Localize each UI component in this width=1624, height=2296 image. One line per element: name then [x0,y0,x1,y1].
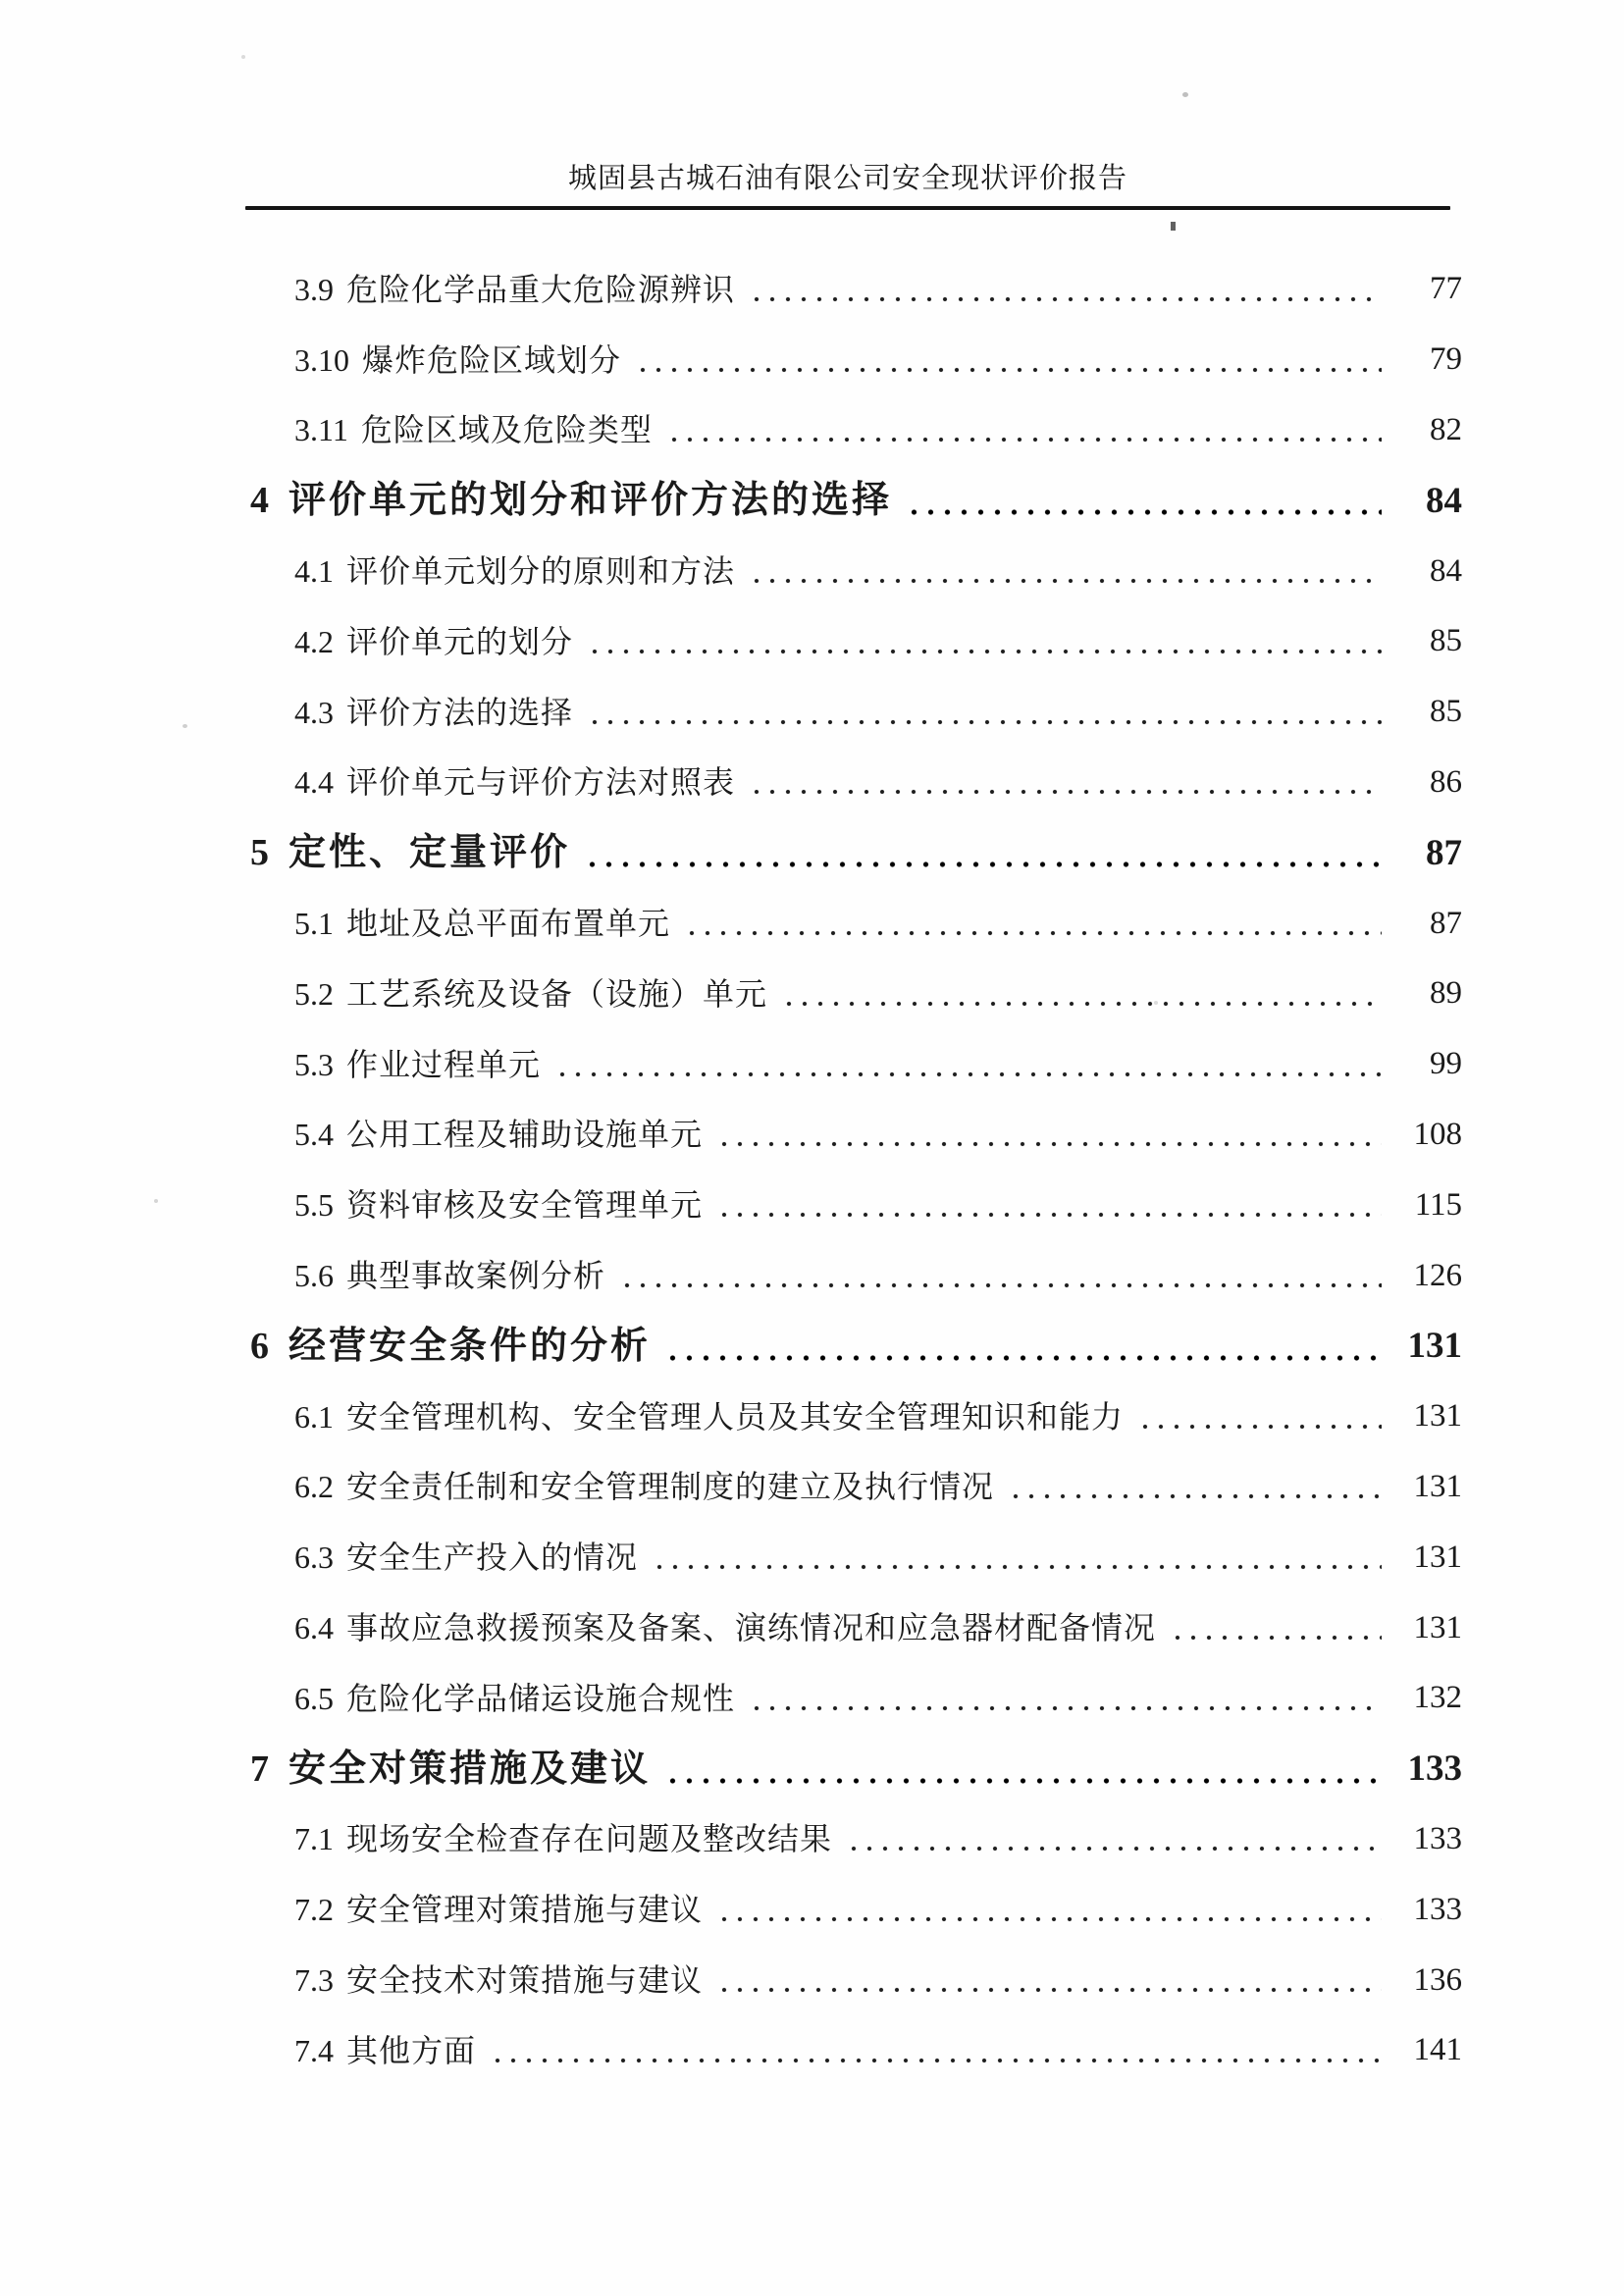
toc-entry-title: 公用工程及辅助设施单元 [346,1119,703,1150]
toc-entry-title: 危险区域及危险类型 [361,414,653,445]
scan-speck [154,1199,158,1203]
toc-entry-number: 4.3 [294,697,334,728]
toc-entry-page: 131 [1391,1400,1462,1433]
toc-entry-page: 131 [1391,1541,1462,1574]
dot-leader [1137,1422,1382,1432]
toc-entry: 7.4 其他方面 141 [0,2015,1624,2086]
toc-entry: 5 定性、定量评价 87 [0,817,1624,888]
toc-entry-page: 86 [1391,766,1462,799]
toc-entry-page: 82 [1391,414,1462,446]
dot-leader [587,717,1382,727]
toc-entry: 5.4 公用工程及辅助设施单元 108 [0,1100,1624,1171]
toc-entry-number: 5.3 [294,1049,334,1080]
toc-entry-title: 经营安全条件的分析 [288,1328,651,1365]
toc-entry-title: 安全管理机构、安全管理人员及其安全管理知识和能力 [346,1401,1124,1433]
toc-entry-title: 评价单元的划分 [346,626,573,657]
toc-entry-page: 132 [1391,1682,1462,1714]
toc-entry-title: 安全技术对策措施与建议 [346,1964,703,1996]
toc-entry-page: 84 [1391,483,1462,519]
toc-entry: 5.5 资料审核及安全管理单元 115 [0,1170,1624,1240]
dot-leader [664,1353,1382,1363]
toc-entry-number: 4.2 [294,626,334,657]
toc-entry-number: 5.1 [294,908,334,939]
toc-entry-title: 危险化学品重大危险源辨识 [346,274,735,305]
toc-entry: 5.3 作业过程单元 99 [0,1029,1624,1100]
toc-entry: 6 经营安全条件的分析 131 [0,1311,1624,1382]
toc-entry-number: 7.4 [294,2035,334,2066]
toc-entry-page: 89 [1391,977,1462,1010]
toc-entry-page: 79 [1391,343,1462,376]
toc-entry-title: 事故应急救援预案及备案、演练情况和应急器材配备情况 [346,1612,1156,1644]
toc-entry: 4.3 评价方法的选择 85 [0,677,1624,748]
toc-entry-number: 7.3 [294,1964,334,1996]
toc-entry: 4.1 评价单元划分的原则和方法 84 [0,536,1624,606]
toc-entry-number: 6.1 [294,1401,334,1433]
toc-entry-title: 安全生产投入的情况 [346,1541,638,1573]
toc-entry-page: 87 [1391,835,1462,871]
dot-leader [684,928,1382,938]
toc-entry: 5.1 地址及总平面布置单元 87 [0,888,1624,959]
toc-entry-title: 工艺系统及设备（设施）单元 [346,978,767,1010]
toc-entry-number: 5 [250,834,274,871]
toc-entry-number: 5.6 [294,1260,334,1291]
toc-entry: 3.10 爆炸危险区域划分 79 [0,325,1624,395]
toc-entry-title: 其他方面 [346,2035,476,2066]
toc-entry-page: 133 [1391,1894,1462,1926]
toc-entry: 4.4 评价单元与评价方法对照表 86 [0,748,1624,818]
toc-entry-page: 133 [1391,1750,1462,1787]
toc-entry-title: 安全管理对策措施与建议 [346,1894,703,1925]
dot-leader [716,1985,1382,1995]
toc-entry-number: 6.4 [294,1612,334,1644]
toc-entry-title: 安全对策措施及建议 [288,1750,651,1788]
toc-entry-title: 评价单元的划分和评价方法的选择 [288,482,892,519]
toc-entry-title: 危险化学品储运设施合规性 [346,1683,735,1714]
toc-entry-title: 地址及总平面布置单元 [346,908,670,939]
toc-entry-title: 爆炸危险区域划分 [362,344,621,376]
toc-entry: 3.9 危险化学品重大危险源辨识 77 [0,254,1624,325]
dot-leader [619,1280,1382,1290]
dot-leader [666,435,1382,444]
toc-entry-number: 4 [250,482,274,519]
scan-speck [241,55,245,59]
toc-entry-title: 资料审核及安全管理单元 [346,1189,703,1221]
toc-entry-number: 5.5 [294,1189,334,1221]
toc-entry: 5.2 工艺系统及设备（设施）单元 89 [0,959,1624,1029]
toc-entry-number: 7.2 [294,1894,334,1925]
toc-entry-title: 评价单元与评价方法对照表 [346,766,735,798]
dot-leader [749,294,1382,304]
dot-leader [652,1562,1382,1572]
toc-entry-page: 115 [1391,1189,1462,1222]
toc-entry-page: 87 [1391,908,1462,940]
toc-entry-number: 5.4 [294,1119,334,1150]
dot-leader [587,647,1382,656]
dot-leader [1170,1633,1382,1643]
toc-entry-page: 136 [1391,1964,1462,1997]
toc-entry-title: 定性、定量评价 [288,834,570,871]
dot-leader [846,1844,1382,1853]
toc-entry-title: 现场安全检查存在问题及整改结果 [346,1823,832,1854]
dot-leader [716,1139,1382,1149]
toc-entry-number: 3.11 [294,414,348,445]
dot-leader [584,860,1382,869]
toc-entry-title: 评价单元划分的原则和方法 [346,555,735,587]
header-rule [245,206,1450,210]
toc-entry-page: 108 [1391,1119,1462,1151]
dot-leader [554,1070,1382,1079]
dot-leader [749,1703,1382,1713]
toc-entry-number: 6.5 [294,1683,334,1714]
toc-entry-page: 131 [1391,1471,1462,1503]
dot-leader [664,1776,1382,1786]
toc-entry: 6.4 事故应急救援预案及备案、演练情况和应急器材配备情况 131 [0,1592,1624,1663]
dot-leader [906,507,1382,517]
toc-entry: 6.1 安全管理机构、安全管理人员及其安全管理知识和能力 131 [0,1382,1624,1452]
dot-leader [749,576,1382,586]
toc-entry: 7 安全对策措施及建议 133 [0,1734,1624,1804]
dot-leader [781,999,1382,1009]
toc-entry-title: 安全责任制和安全管理制度的建立及执行情况 [346,1471,994,1502]
toc-entry-number: 4.4 [294,766,334,798]
toc-entry: 7.3 安全技术对策措施与建议 136 [0,1945,1624,2015]
toc-entry-number: 7.1 [294,1823,334,1854]
toc-entry: 6.5 危险化学品储运设施合规性 132 [0,1663,1624,1734]
toc-entry-page: 85 [1391,625,1462,657]
toc-entry-number: 6.2 [294,1471,334,1502]
toc-entry: 3.11 危险区域及危险类型 82 [0,395,1624,466]
toc-entry-number: 7 [250,1750,274,1788]
toc-entry-title: 评价方法的选择 [346,697,573,728]
dot-leader [749,787,1382,797]
toc-entry-page: 131 [1391,1612,1462,1644]
dot-leader [490,2056,1382,2065]
toc-entry-page: 141 [1391,2034,1462,2066]
toc-entry: 7.1 现场安全检查存在问题及整改结果 133 [0,1804,1624,1875]
toc-entry-number: 6 [250,1328,274,1365]
scan-speck [183,724,187,728]
dot-leader [635,365,1382,375]
dot-leader [716,1210,1382,1220]
toc-entry-page: 99 [1391,1048,1462,1080]
toc-entry-title: 作业过程单元 [346,1049,541,1080]
dot-leader [1008,1491,1382,1501]
toc-entry-page: 85 [1391,696,1462,728]
toc-entry-number: 3.10 [294,344,349,376]
dot-leader [716,1914,1382,1924]
toc-entry-page: 77 [1391,273,1462,305]
header-rule-tick [1171,222,1176,231]
scan-speck [1182,92,1188,97]
toc-entry-title: 典型事故案例分析 [346,1260,605,1291]
toc-entry: 4.2 评价单元的划分 85 [0,606,1624,677]
toc-entry: 6.3 安全生产投入的情况 131 [0,1522,1624,1592]
document-page: 城固县古城石油有限公司安全现状评价报告 3.9 危险化学品重大危险源辨识 77 … [0,0,1624,2296]
toc-entry-number: 3.9 [294,274,334,305]
toc-entry-number: 4.1 [294,555,334,587]
toc-entry-page: 84 [1391,555,1462,588]
toc-entry: 4 评价单元的划分和评价方法的选择 84 [0,465,1624,536]
toc-entry: 6.2 安全责任制和安全管理制度的建立及执行情况 131 [0,1452,1624,1523]
table-of-contents: 3.9 危险化学品重大危险源辨识 77 3.10 爆炸危险区域划分 79 3.1… [0,254,1624,2086]
scan-speck [1154,1001,1158,1005]
toc-entry-number: 6.3 [294,1541,334,1573]
toc-entry-number: 5.2 [294,978,334,1010]
toc-entry-page: 126 [1391,1260,1462,1292]
toc-entry: 5.6 典型事故案例分析 126 [0,1240,1624,1311]
toc-entry-page: 131 [1391,1328,1462,1364]
toc-entry-page: 133 [1391,1823,1462,1855]
toc-entry: 7.2 安全管理对策措施与建议 133 [0,1874,1624,1945]
running-header-title: 城固县古城石油有限公司安全现状评价报告 [245,159,1450,199]
